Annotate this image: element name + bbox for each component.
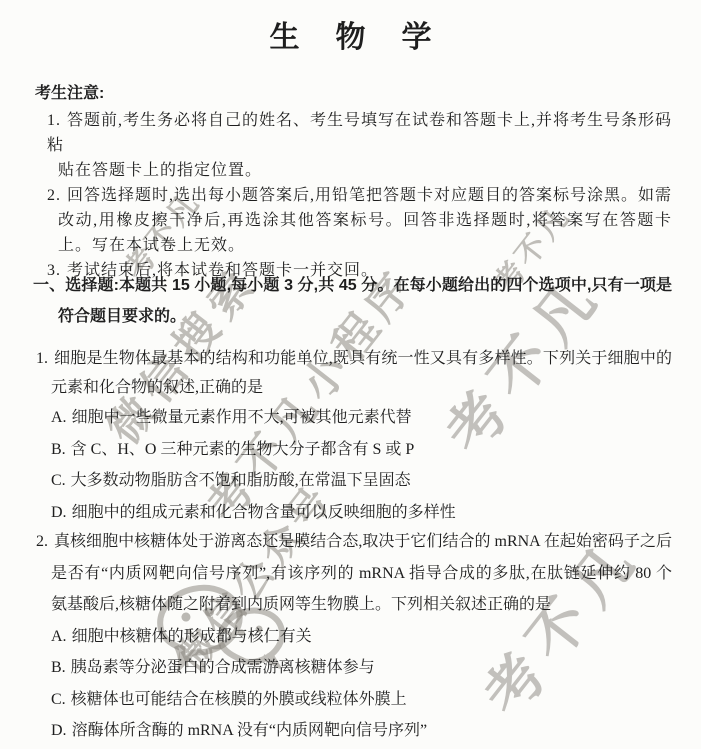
option-text: 细胞中的组成元素和化合物含量可以反映细胞的多样性 <box>72 504 456 521</box>
question-2: 2.真核细胞中核糖体处于游离态还是膜结合态,取决于它们结合的 mRNA 在起始密… <box>36 526 672 747</box>
option-label: D. <box>51 504 67 521</box>
option-label: A. <box>51 409 67 426</box>
option-text: 溶酶体所含酶的 mRNA 没有“内质网靶向信号序列” <box>72 722 428 739</box>
notice-section: 1.答题前,考生务必将自己的姓名、考生号填写在试卷和答题卡上,并将考生号条形码粘… <box>47 108 672 283</box>
notice-line: 2.回答选择题时,选出每小题答案后,用铅笔把答题卡对应题目的答案标号涂黑。如需 <box>47 183 672 208</box>
notice-line: 改动,用橡皮擦干净后,再选涂其他答案标号。回答非选择题时,将答案写在答题卡 <box>58 208 672 233</box>
question-number: 1. <box>36 350 48 367</box>
section-line: 符合题目要求的。 <box>58 301 672 332</box>
stem-line: 1.细胞是生物体最基本的结构和功能单位,既具有统一性又具有多样性。下列关于细胞中… <box>36 344 672 373</box>
exam-page: 考不凡 考不凡 微信搜索 考不凡小程序 考不凡 考不凡 微信公众号 生物学 考生… <box>0 0 701 749</box>
option-row: C.核糖体也可能结合在核膜的外膜或线粒体外膜上 <box>51 684 672 716</box>
option-text: 胰岛素等分泌蛋白的合成需游离核糖体参与 <box>71 659 375 676</box>
notice-item-number: 1. <box>47 112 61 129</box>
option-label: D. <box>51 722 67 739</box>
option-row: B.胰岛素等分泌蛋白的合成需游离核糖体参与 <box>51 652 672 684</box>
question-1: 1.细胞是生物体最基本的结构和功能单位,既具有统一性又具有多样性。下列关于细胞中… <box>36 344 672 528</box>
notice-line: 1.答题前,考生务必将自己的姓名、考生号填写在试卷和答题卡上,并将考生号条形码粘 <box>47 108 672 158</box>
question-number: 2. <box>36 533 48 550</box>
notice-item: 1.答题前,考生务必将自己的姓名、考生号填写在试卷和答题卡上,并将考生号条形码粘… <box>47 108 672 183</box>
option-text: 大多数动物脂肪含不饱和脂肪酸,在常温下呈固态 <box>71 472 411 489</box>
stem-line: 是否有“内质网靶向信号序列”,有该序列的 mRNA 指导合成的多肽,在肽链延伸约… <box>51 558 672 590</box>
option-row: C.大多数动物脂肪含不饱和脂肪酸,在常温下呈固态 <box>51 465 672 497</box>
option-label: C. <box>51 472 66 489</box>
stem-line: 2.真核细胞中核糖体处于游离态还是膜结合态,取决于它们结合的 mRNA 在起始密… <box>36 526 672 558</box>
notice-item: 2.回答选择题时,选出每小题答案后,用铅笔把答题卡对应题目的答案标号涂黑。如需 … <box>47 183 672 258</box>
option-label: B. <box>51 659 66 676</box>
option-row: A.细胞中核糖体的形成都与核仁有关 <box>51 621 672 653</box>
option-text: 核糖体也可能结合在核膜的外膜或线粒体外膜上 <box>71 691 407 708</box>
option-row: A.细胞中一些微量元素作用不大,可被其他元素代替 <box>51 402 672 434</box>
option-text: 细胞中一些微量元素作用不大,可被其他元素代替 <box>72 409 412 426</box>
section-header: 一、选择题:本题共 15 小题,每小题 3 分,共 45 分。在每小题给出的四个… <box>33 270 672 332</box>
option-row: B.含 C、H、O 三种元素的生物大分子都含有 S 或 P <box>51 434 672 466</box>
section-line: 一、选择题:本题共 15 小题,每小题 3 分,共 45 分。在每小题给出的四个… <box>33 270 672 301</box>
option-list: A.细胞中一些微量元素作用不大,可被其他元素代替 B.含 C、H、O 三种元素的… <box>36 402 672 528</box>
option-label: A. <box>51 628 67 645</box>
option-row: D.细胞中的组成元素和化合物含量可以反映细胞的多样性 <box>51 497 672 529</box>
stem-line: 氨基酸后,核糖体随之附着到内质网等生物膜上。下列相关叙述正确的是 <box>51 589 672 621</box>
option-row: D.溶酶体所含酶的 mRNA 没有“内质网靶向信号序列” <box>51 715 672 747</box>
stem-line: 元素和化合物的叙述,正确的是 <box>51 373 672 402</box>
option-label: B. <box>51 441 66 458</box>
option-text: 含 C、H、O 三种元素的生物大分子都含有 S 或 P <box>71 441 415 458</box>
question-stem: 2.真核细胞中核糖体处于游离态还是膜结合态,取决于它们结合的 mRNA 在起始密… <box>36 526 672 621</box>
notice-heading: 考生注意: <box>35 84 104 104</box>
page-title: 生物学 <box>0 12 701 56</box>
question-stem: 1.细胞是生物体最基本的结构和功能单位,既具有统一性又具有多样性。下列关于细胞中… <box>36 344 672 402</box>
notice-item-number: 2. <box>47 187 61 204</box>
option-text: 细胞中核糖体的形成都与核仁有关 <box>72 628 312 645</box>
notice-line: 贴在答题卡上的指定位置。 <box>58 158 672 183</box>
notice-line: 上。写在本试卷上无效。 <box>58 233 672 258</box>
option-list: A.细胞中核糖体的形成都与核仁有关 B.胰岛素等分泌蛋白的合成需游离核糖体参与 … <box>36 621 672 747</box>
option-label: C. <box>51 691 66 708</box>
